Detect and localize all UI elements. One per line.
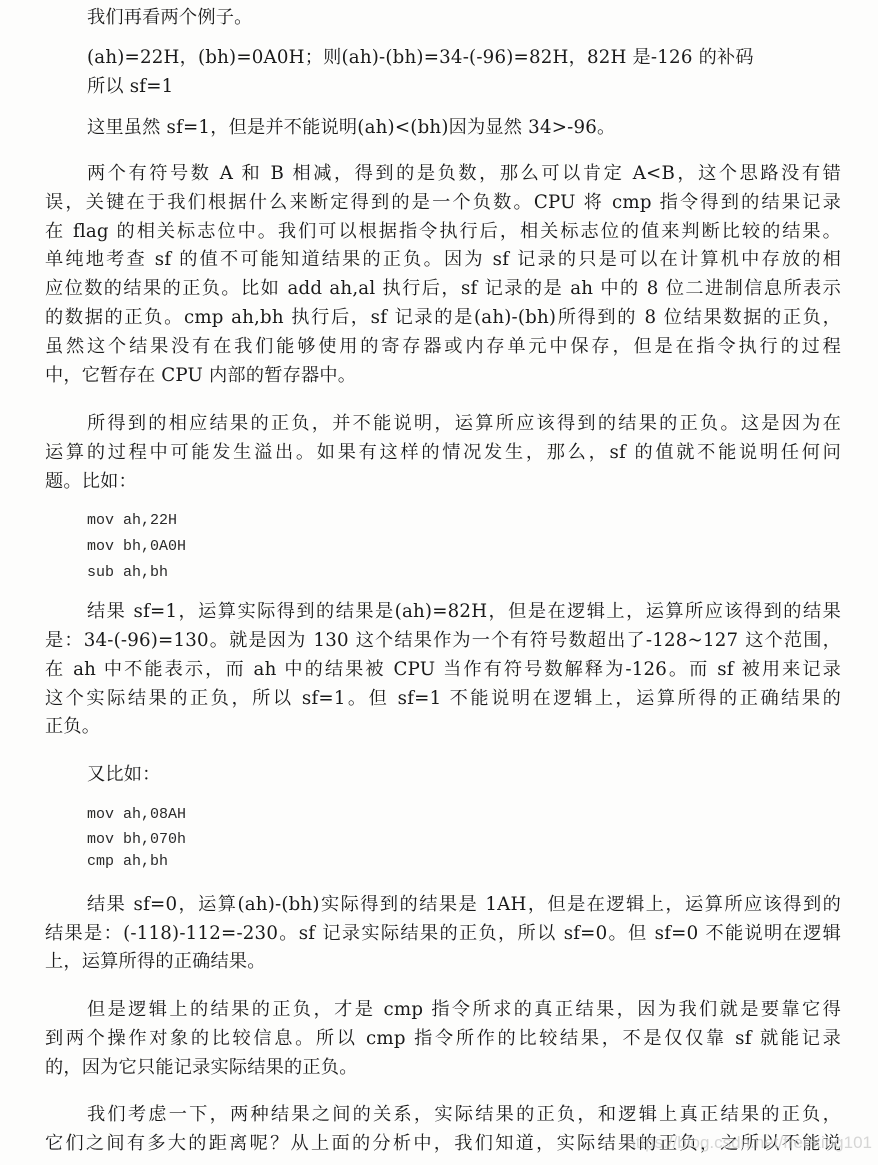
paragraph-line: 又比如： <box>87 761 841 789</box>
paragraph-line: 结果 sf=1，运算实际得到的结果是(ah)=82H，但是在逻辑上，运算所应该得… <box>87 598 841 626</box>
paragraph-line: 到两个操作对象的比较信息。所以 cmp 指令所作的比较结果，不是仅仅靠 sf 就… <box>45 1025 841 1053</box>
paragraph-line: 所得到的相应结果的正负，并不能说明，运算所应该得到的结果的正负。这是因为在 <box>87 410 841 438</box>
paragraph-line: 结果是：(-118)-112=-230。sf 记录实际结果的正负，所以 sf=0… <box>45 920 841 948</box>
paragraph-intro: 我们再看两个例子。 <box>87 4 841 32</box>
paragraph-line: 这个实际结果的正负，所以 sf=1。但 sf=1 不能说明在逻辑上，运算所得的正… <box>45 685 841 713</box>
paragraph-example-line: 所以 sf=1 <box>87 73 841 101</box>
paragraph-line: 单纯地考查 sf 的值不可能知道结果的正负。因为 sf 记录的只是可以在计算机中… <box>45 246 841 274</box>
paragraph-line: 虽然这个结果没有在我们能够使用的寄存器或内存单元中保存，但是在指令执行的过程 <box>45 333 841 361</box>
paragraph-line: 题。比如： <box>45 468 841 496</box>
paragraph-line: 中，它暂存在 CPU 内部的暂存器中。 <box>45 362 841 390</box>
code-line: sub ah,bh <box>87 561 168 585</box>
paragraph-example-line: (ah)=22H，(bh)=0A0H；则(ah)-(bh)=34-(-96)=8… <box>87 44 841 72</box>
paragraph-line: 正负。 <box>45 713 841 741</box>
paragraph-line: 是：34-(-96)=130。就是因为 130 这个结果作为一个有符号数超出了-… <box>45 627 841 655</box>
code-line: mov bh,0A0H <box>87 535 186 559</box>
paragraph-line: 误，关键在于我们根据什么来断定得到的是一个负数。CPU 将 cmp 指令得到的结… <box>45 189 841 217</box>
paragraph-line: 两个有符号数 A 和 B 相减，得到的是负数，那么可以肯定 A<B，这个思路没有… <box>87 160 841 188</box>
paragraph-line: 的，因为它只能记录实际结果的正负。 <box>45 1054 841 1082</box>
paragraph-note: 这里虽然 sf=1，但是并不能说明(ah)<(bh)因为显然 34>-96。 <box>87 114 841 142</box>
code-line: mov bh,070h <box>87 828 186 852</box>
code-line: cmp ah,bh <box>87 850 168 874</box>
paragraph-line: 在 ah 中不能表示，而 ah 中的结果被 CPU 当作有符号数解释为-126。… <box>45 656 841 684</box>
paragraph-line: 我们考虑一下，两种结果之间的关系，实际结果的正负，和逻辑上真正结果的正负， <box>87 1101 841 1129</box>
document-page: 我们再看两个例子。 (ah)=22H，(bh)=0A0H；则(ah)-(bh)=… <box>0 0 878 1165</box>
paragraph-line: 运算的过程中可能发生溢出。如果有这样的情况发生，那么，sf 的值就不能说明任何问 <box>45 439 841 467</box>
paragraph-line: 在 flag 的相关标志位中。我们可以根据指令执行后，相关标志位的值来判断比较的… <box>45 218 841 246</box>
paragraph-line: 的数据的正负。cmp ah,bh 执行后，sf 记录的是(ah)-(bh)所得到… <box>45 304 841 332</box>
code-line: mov ah,08AH <box>87 803 186 827</box>
paragraph-line: 上，运算所得的正确结果。 <box>45 948 841 976</box>
paragraph-line: 但是逻辑上的结果的正负，才是 cmp 指令所求的真正结果，因为我们就是要靠它得 <box>87 996 841 1024</box>
paragraph-line: 结果 sf=0，运算(ah)-(bh)实际得到的结果是 1AH，但是在逻辑上，运… <box>87 891 841 919</box>
paragraph-line: 应位数的结果的正负。比如 add ah,al 执行后，sf 记录的是 ah 中的… <box>45 275 841 303</box>
watermark: https://blog.csdn.net/freeking101 <box>626 1133 872 1153</box>
code-line: mov ah,22H <box>87 509 177 533</box>
